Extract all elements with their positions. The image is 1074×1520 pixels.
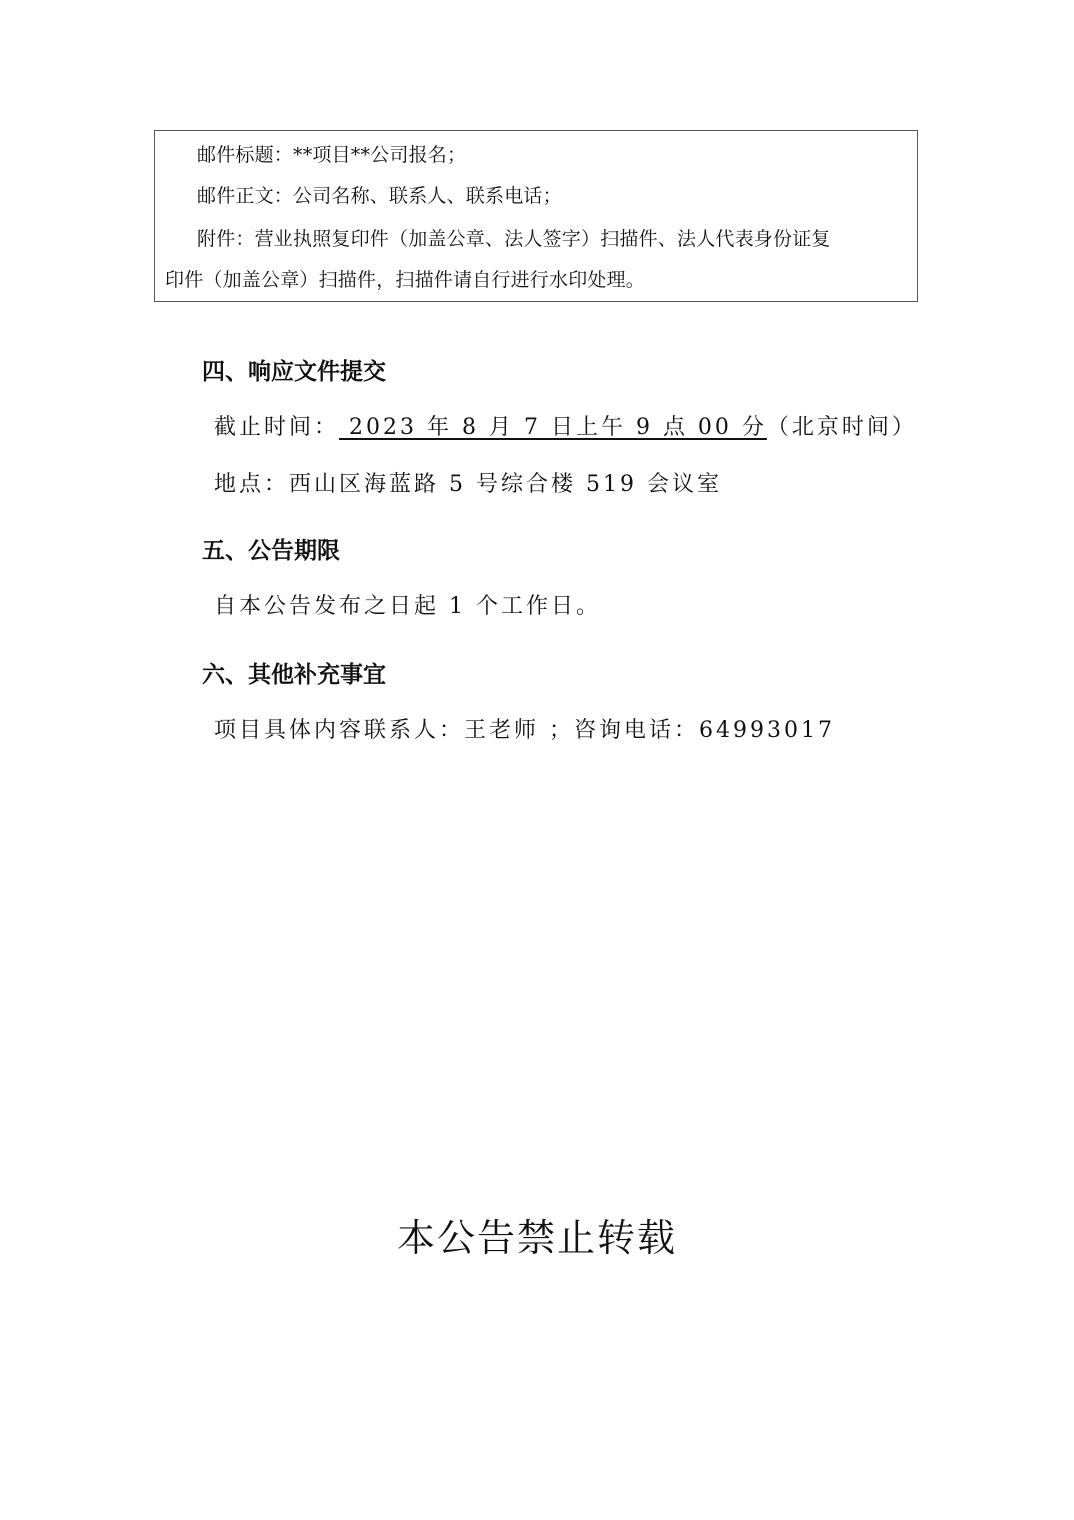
section-4-heading: 四、响应文件提交	[202, 357, 386, 387]
email-instructions-box: 邮件标题：**项目**公司报名； 邮件正文：公司名称、联系人、联系电话； 附件：…	[154, 130, 918, 302]
location-line: 地点：西山区海蓝路 5 号综合楼 519 会议室	[214, 470, 722, 500]
email-body-line: 邮件正文：公司名称、联系人、联系电话；	[197, 184, 562, 208]
no-reprint-notice: 本公告禁止转载	[0, 1212, 1074, 1264]
section-5-heading: 五、公告期限	[202, 536, 340, 566]
contact-info-text: 项目具体内容联系人：王老师 ；咨询电话：64993017	[214, 716, 835, 746]
email-subject-line: 邮件标题：**项目**公司报名；	[197, 143, 466, 167]
deadline-suffix: （北京时间）	[767, 415, 917, 440]
deadline-value: 2023 年 8 月 7 日上午 9 点 00 分	[339, 415, 767, 440]
announcement-period-text: 自本公告发布之日起 1 个工作日。	[214, 592, 601, 622]
section-6-heading: 六、其他补充事宜	[202, 660, 386, 690]
email-attachment-line-2: 印件（加盖公章）扫描件，扫描件请自行进行水印处理。	[165, 268, 645, 292]
deadline-label: 截止时间：	[214, 415, 339, 440]
deadline-line: 截止时间： 2023 年 8 月 7 日上午 9 点 00 分（北京时间）	[214, 413, 917, 443]
email-attachment-line-1: 附件：营业执照复印件（加盖公章、法人签字）扫描件、法人代表身份证复	[197, 227, 831, 251]
